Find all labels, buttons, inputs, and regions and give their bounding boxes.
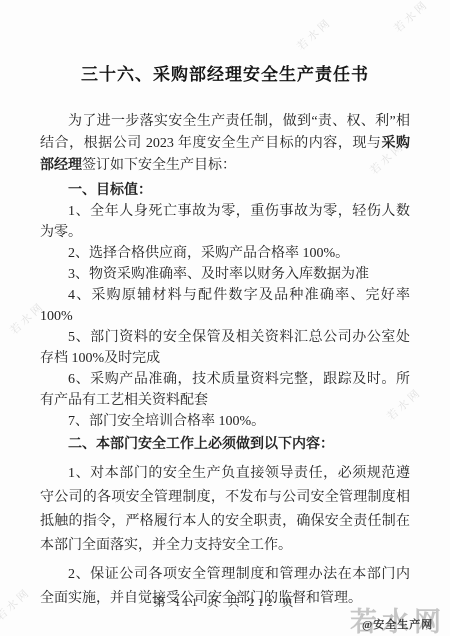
target-item-6: 6、采购产品准确，技术质量资料完整，跟踪及时。所有产品有工艺相关资料配套 (40, 369, 410, 411)
target-item-1: 1、全年人身死亡事故为零，重伤事故为零，轻伤人数为零。 (40, 201, 410, 243)
section1-heading: 一、目标值： (40, 180, 410, 201)
document-title: 三十六、采购部经理安全生产责任书 (40, 60, 410, 85)
site-logo: 若水网 @安全生产网 (350, 609, 446, 636)
target-item-2: 2、选择合格供应商，采购产品合格率 100%。 (40, 243, 410, 264)
site-logo-overlay-text: @安全生产网 (362, 620, 433, 631)
target-item-3: 3、物资采购准确率、及时率以财务入库数据为准 (40, 264, 410, 285)
intro-text-post: 签订如下安全生产目标： (82, 158, 236, 173)
intro-text-pre: 为了进一步落实安全生产责任制，做到“责、权、利”相结合，根据公司 2023 年度… (40, 114, 410, 151)
target-item-5: 5、部门资料的安全保管及相关资料汇总公司办公室处存档 100%及时完成 (40, 327, 410, 369)
document-page: 若水网 若水网 若水网 若水网 若水网 若水网 三十六、采购部经理安全生产责任书… (0, 0, 450, 636)
intro-paragraph: 为了进一步落实安全生产责任制，做到“责、权、利”相结合，根据公司 2023 年度… (40, 111, 410, 177)
target-item-7: 7、部门安全培训合格率 100%。 (40, 411, 410, 432)
requirement-item-1: 1、对本部门的安全生产负直接领导责任，必须规范遵守公司的各项安全管理制度，不发布… (40, 462, 410, 558)
section2-heading: 二、本部门安全工作上必须做到以下内容： (40, 433, 410, 457)
document-content: 三十六、采购部经理安全生产责任书 为了进一步落实安全生产责任制，做到“责、权、利… (0, 0, 450, 611)
target-item-4: 4、采购原辅材料与配件数字及品种准确率、完好率 100% (40, 285, 410, 327)
